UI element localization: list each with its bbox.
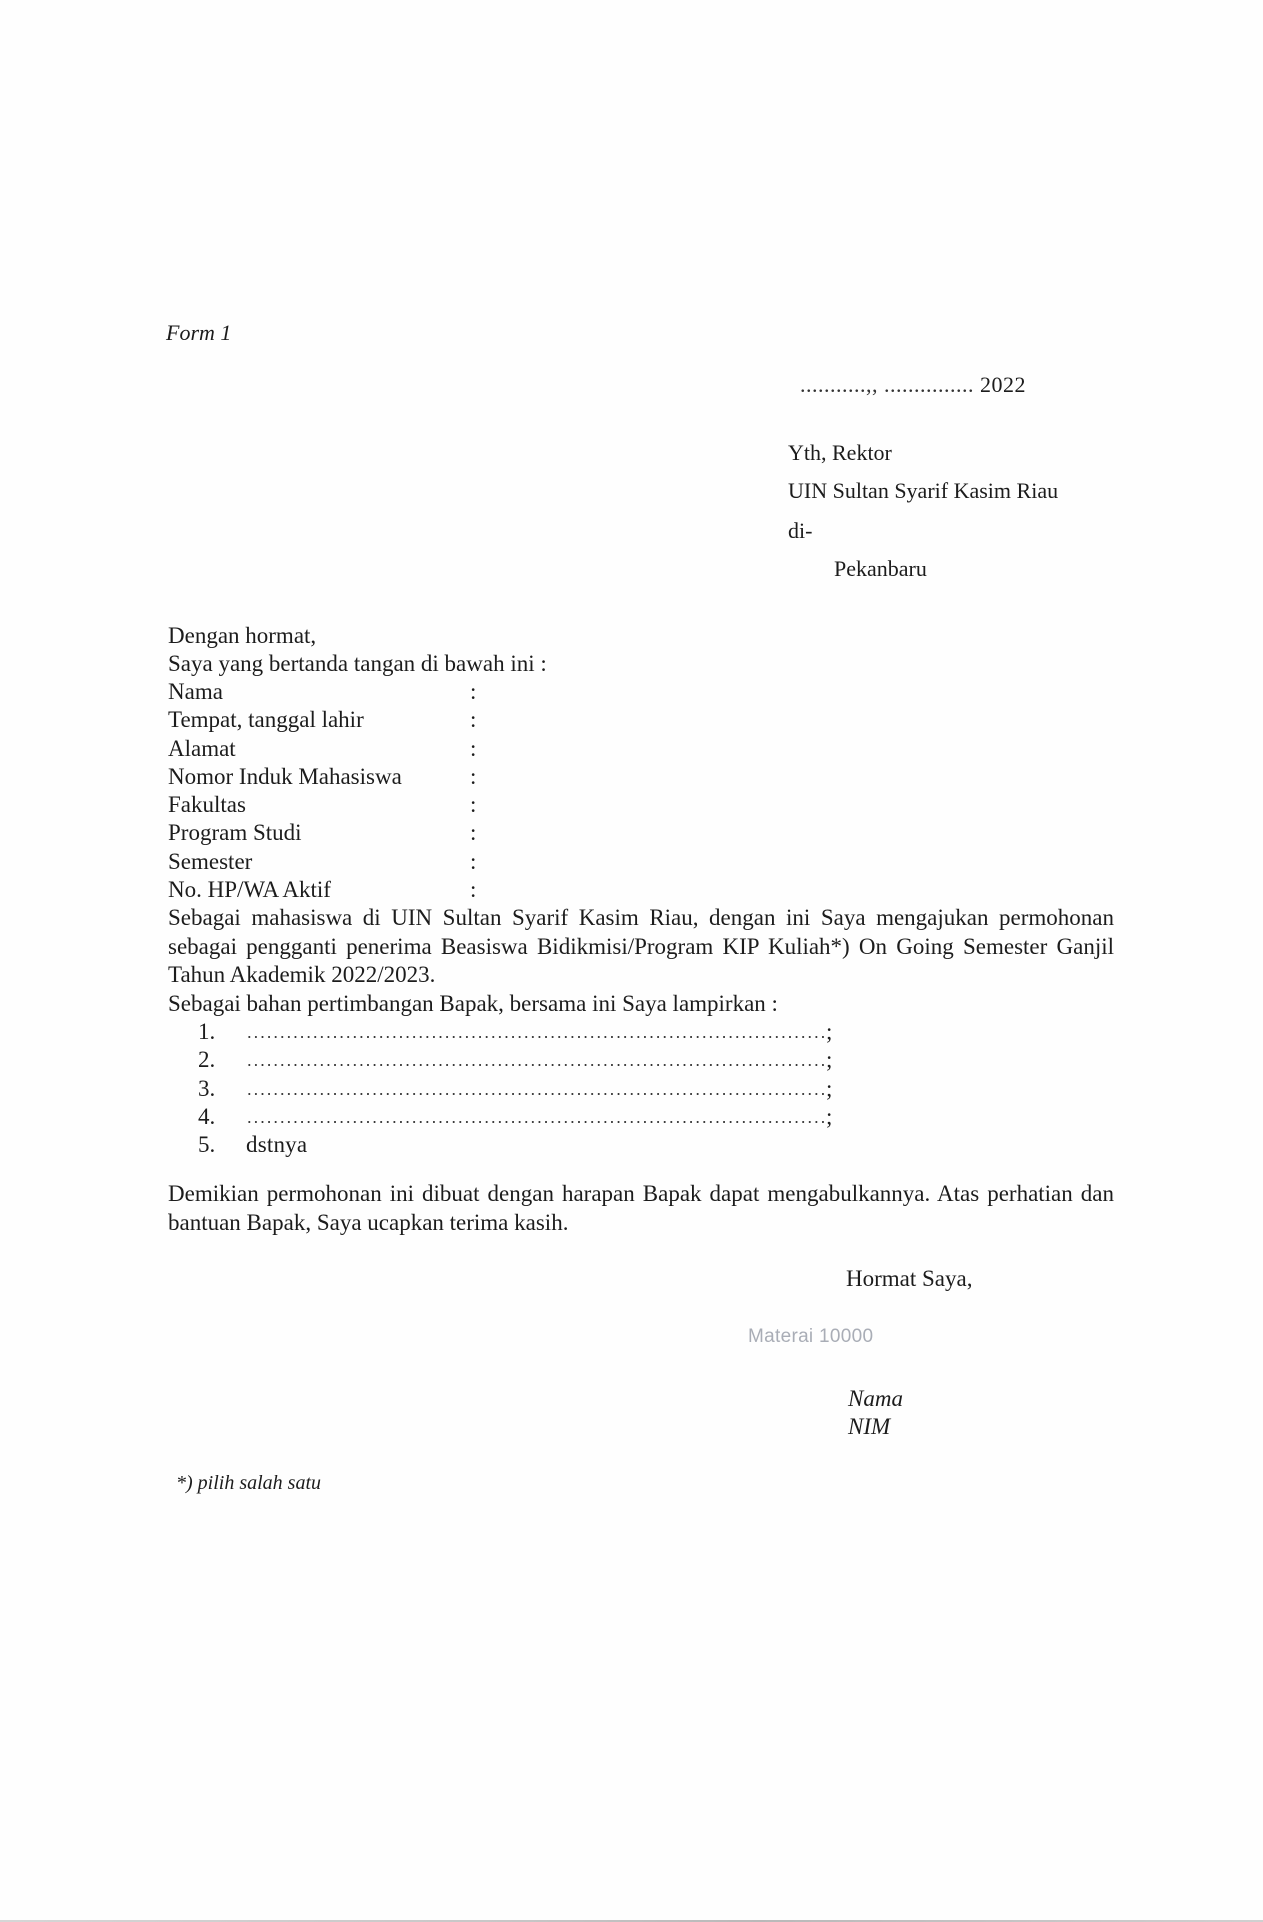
stamp-duty-placeholder: Materai 10000 [748, 1326, 873, 1348]
field-separator: : [470, 791, 476, 819]
field-separator: : [470, 763, 476, 791]
attachment-blank-line [246, 1047, 826, 1067]
signature-regards: Hormat Saya, [846, 1266, 972, 1292]
attachment-number: 4. [198, 1103, 215, 1131]
field-row-ttl: Tempat, tanggal lahir : [168, 706, 402, 734]
field-row-nim: Nomor Induk Mahasiswa : [168, 763, 402, 791]
field-row-alamat: Alamat : [168, 735, 402, 763]
date-line: ...........,, ............... 2022 [800, 372, 1026, 398]
applicant-fields: Nama : Tempat, tanggal lahir : Alamat : … [168, 678, 402, 904]
field-label: Semester [168, 849, 252, 874]
field-separator: : [470, 706, 476, 734]
attachment-text: dstnya [246, 1131, 307, 1159]
attachment-number: 5. [198, 1131, 215, 1159]
field-label: No. HP/WA Aktif [168, 877, 331, 902]
field-separator: : [470, 735, 476, 763]
field-label: Fakultas [168, 792, 246, 817]
attachment-blank-line [246, 1076, 826, 1096]
recipient-prefix: di- [788, 518, 812, 544]
attachments-intro: Sebagai bahan pertimbangan Bapak, bersam… [168, 990, 778, 1018]
attachment-terminator: ; [826, 1019, 833, 1044]
attachment-blank-line [246, 1104, 826, 1124]
closing-paragraph: Demikian permohonan ini dibuat dengan ha… [168, 1180, 1114, 1237]
field-separator: : [470, 848, 476, 876]
attachment-terminator: ; [826, 1104, 833, 1129]
field-label: Program Studi [168, 820, 302, 845]
field-label: Nama [168, 679, 223, 704]
field-label: Tempat, tanggal lahir [168, 707, 364, 732]
form-label: Form 1 [166, 320, 231, 346]
field-row-prodi: Program Studi : [168, 819, 402, 847]
attachment-number: 2. [198, 1046, 215, 1074]
field-separator: : [470, 876, 476, 904]
recipient-city: Pekanbaru [834, 556, 927, 582]
field-row-semester: Semester : [168, 848, 402, 876]
date-place-blank: ...........,, [800, 372, 878, 397]
salutation: Dengan hormat, [168, 622, 316, 650]
field-label: Nomor Induk Mahasiswa [168, 764, 402, 789]
attachment-number: 3. [198, 1075, 215, 1103]
recipient-title: Yth, Rektor [788, 440, 892, 466]
signature-nim: NIM [848, 1414, 890, 1440]
attachment-terminator: ; [826, 1076, 833, 1101]
scanned-form-page: Form 1 ...........,, ............... 202… [0, 0, 1263, 1922]
recipient-institution: UIN Sultan Syarif Kasim Riau [788, 478, 1058, 504]
attachment-number: 1. [198, 1018, 215, 1046]
field-separator: : [470, 678, 476, 706]
intro-line: Saya yang bertanda tangan di bawah ini : [168, 650, 547, 678]
request-paragraph: Sebagai mahasiswa di UIN Sultan Syarif K… [168, 904, 1114, 990]
signature-name: Nama [848, 1386, 903, 1412]
field-label: Alamat [168, 736, 236, 761]
field-row-fakultas: Fakultas : [168, 791, 402, 819]
attachment-terminator: ; [826, 1047, 833, 1072]
field-row-phone: No. HP/WA Aktif : [168, 876, 402, 904]
field-separator: : [470, 819, 476, 847]
date-day-month-blank: ............... [884, 372, 974, 397]
field-row-nama: Nama : [168, 678, 402, 706]
footnote: *) pilih salah satu [176, 1472, 321, 1495]
date-year: 2022 [980, 372, 1026, 397]
attachment-blank-line [246, 1019, 826, 1039]
